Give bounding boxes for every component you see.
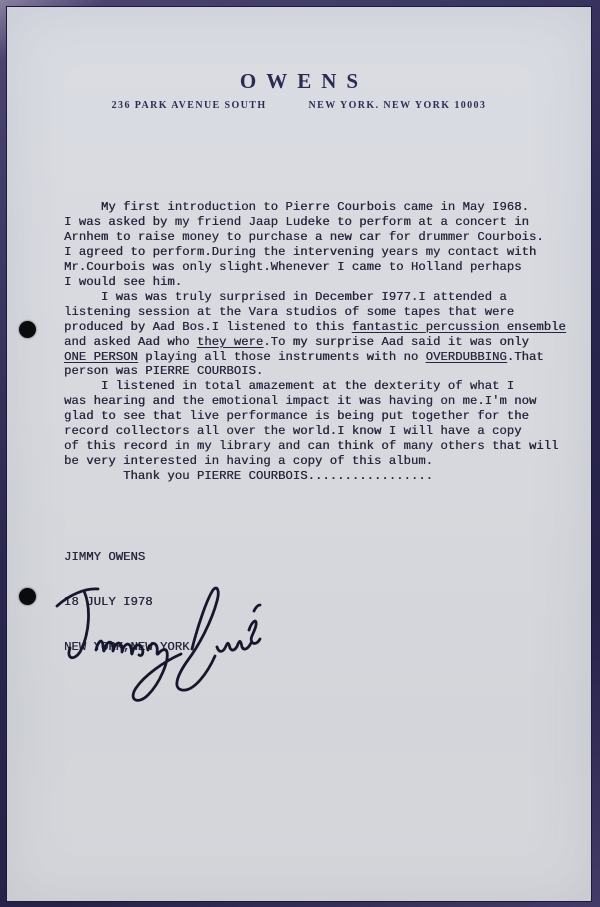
signature-stroke-wen — [217, 641, 251, 651]
letter-line: Arnhem to raise money to purchase a new … — [64, 230, 569, 245]
letter-body: My first introduction to Pierre Courbois… — [64, 200, 569, 484]
letter-line: was hearing and the emotional impact it … — [64, 394, 569, 409]
letter-line: person was PIERRE COURBOIS. — [64, 364, 569, 379]
signature-stroke-immy — [96, 641, 143, 655]
letter-line: glad to see that live performance is bei… — [64, 409, 569, 424]
signature-stroke-y-loop — [133, 643, 181, 700]
letterhead: OWENS 236 PARK AVENUE SOUTHNEW YORK. NEW… — [7, 69, 591, 111]
letterhead-company-name: OWENS — [7, 69, 591, 94]
letter-line: I was asked by my friend Jaap Ludeke to … — [64, 215, 569, 230]
letter-line: be very interested in having a copy of t… — [64, 454, 569, 469]
scanned-letter-photo: OWENS 236 PARK AVENUE SOUTHNEW YORK. NEW… — [0, 0, 600, 907]
signature-stroke-j-bar — [57, 589, 98, 606]
letterhead-address-city: NEW YORK. NEW YORK 10003 — [309, 100, 487, 111]
letter-line: ONE PERSON playing all those instruments… — [64, 350, 569, 365]
letter-paper: OWENS 236 PARK AVENUE SOUTHNEW YORK. NEW… — [7, 7, 591, 901]
letterhead-address-street: 236 PARK AVENUE SOUTH — [112, 100, 267, 111]
signoff-name: JIMMY OWENS — [64, 550, 189, 565]
letter-line: I agreed to perform.During the interveni… — [64, 245, 569, 260]
signature-stroke-j-stem — [69, 591, 89, 658]
letter-line: Thank you PIERRE COURBOIS...............… — [64, 469, 569, 484]
letter-line: I was was truly surprised in December I9… — [64, 290, 569, 305]
letter-line: My first introduction to Pierre Courbois… — [64, 200, 569, 215]
signature-stroke-o — [177, 588, 218, 690]
signature-stroke-s-tick — [254, 605, 260, 611]
letter-line: Mr.Courbois was only slight.Whenever I c… — [64, 260, 569, 275]
signature-jimmy-owens — [49, 579, 274, 719]
letter-line: listening session at the Vara studios of… — [64, 305, 569, 320]
hole-punch-bottom — [19, 588, 36, 605]
letter-line: I would see him. — [64, 275, 569, 290]
letterhead-address: 236 PARK AVENUE SOUTHNEW YORK. NEW YORK … — [7, 100, 591, 111]
letter-line: of this record in my library and can thi… — [64, 439, 569, 454]
hole-punch-top — [19, 321, 36, 338]
letter-line: and asked Aad who they were.To my surpri… — [64, 335, 569, 350]
signature-stroke-s — [249, 621, 260, 643]
letter-line: produced by Aad Bos.I listened to this f… — [64, 320, 569, 335]
letter-line: I listened in total amazement at the dex… — [64, 379, 569, 394]
letter-line: record collectors all over the world.I k… — [64, 424, 569, 439]
